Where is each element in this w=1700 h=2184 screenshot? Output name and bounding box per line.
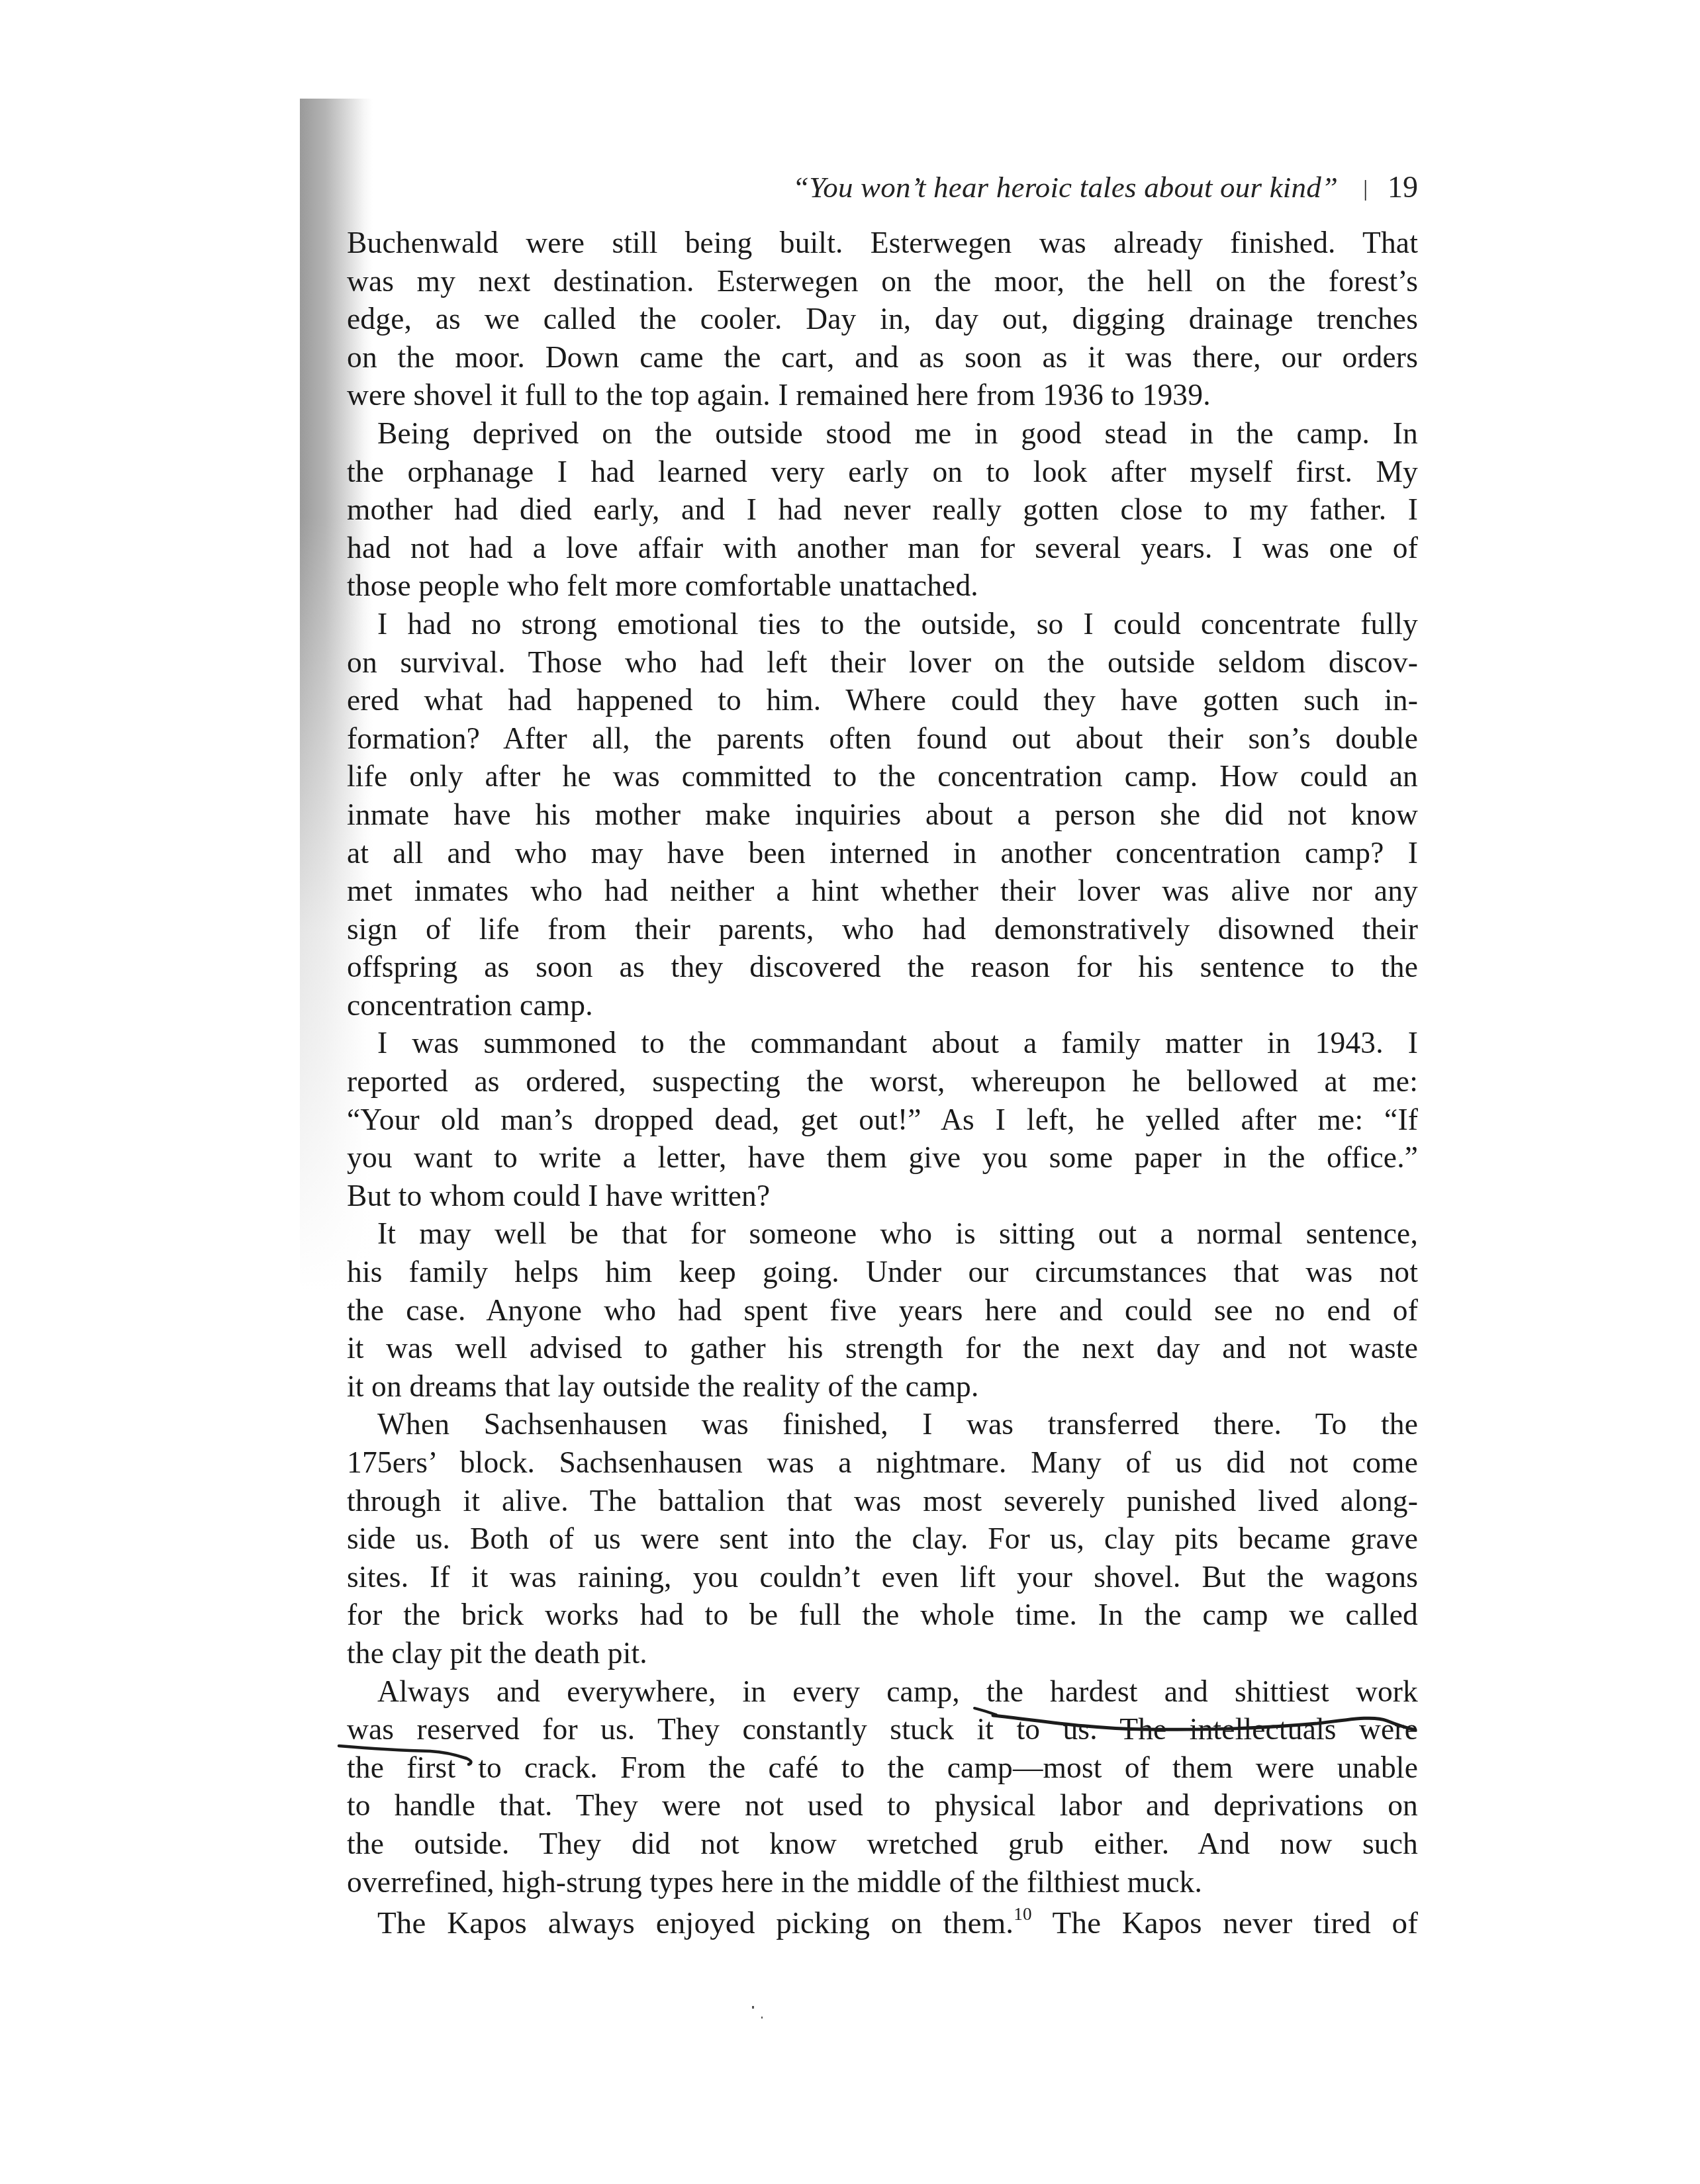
text-line: Being deprived on the outside stood me i… <box>347 414 1418 453</box>
paragraph-1: Buchenwald were still being built. Ester… <box>347 224 1418 414</box>
text-line: those people who felt more comfortable u… <box>347 567 1418 605</box>
text-line: Always and everywhere, in every camp, th… <box>347 1672 1418 1711</box>
scan-speck <box>752 2006 754 2009</box>
text-line: reported as ordered, suspecting the wors… <box>347 1062 1418 1101</box>
text-line: for the brick works had to be full the w… <box>347 1596 1418 1634</box>
text-line: offspring as soon as they discovered the… <box>347 948 1418 986</box>
paragraph-2: Being deprived on the outside stood me i… <box>347 414 1418 605</box>
text-line: Buchenwald were still being built. Ester… <box>347 224 1418 262</box>
paragraph-8: The Kapos always enjoyed picking on them… <box>347 1905 1418 1943</box>
text-line: It may well be that for someone who is s… <box>347 1214 1418 1253</box>
paragraph-6: When Sachsenhausen was finished, I was t… <box>347 1405 1418 1672</box>
text-line: the orphanage I had learned very early o… <box>347 453 1418 491</box>
paragraph-7: Always and everywhere, in every camp, th… <box>347 1672 1418 1901</box>
text-line: his family helps him keep going. Under o… <box>347 1253 1418 1291</box>
text-line: at all and who may have been interned in… <box>347 834 1418 872</box>
text-line: sign of life from their parents, who had… <box>347 910 1418 948</box>
text-line: the outside. They did not know wretched … <box>347 1825 1418 1863</box>
text-line: formation? After all, the parents often … <box>347 719 1418 758</box>
text-line: I was summoned to the commandant about a… <box>347 1024 1418 1062</box>
text-line: to handle that. They were not used to ph… <box>347 1786 1418 1825</box>
text-line: the clay pit the death pit. <box>347 1634 1418 1672</box>
text-line: life only after he was committed to the … <box>347 757 1418 796</box>
text-line: concentration camp. <box>347 986 1418 1024</box>
running-title: “You won’t hear heroic tales about our k… <box>792 170 1338 205</box>
text-line: were shovel it full to the top again. I … <box>347 376 1418 414</box>
text-line: overrefined, high-strung types here in t… <box>347 1863 1418 1901</box>
paragraph-5: It may well be that for someone who is s… <box>347 1214 1418 1405</box>
text-line: was my next destination. Esterwegen on t… <box>347 262 1418 300</box>
running-header: “You won’t hear heroic tales about our k… <box>792 169 1418 209</box>
text-line: the first to crack. From the café to the… <box>347 1749 1418 1787</box>
text-line: I had no strong emotional ties to the ou… <box>347 605 1418 643</box>
body-text: Buchenwald were still being built. Ester… <box>347 224 1418 1943</box>
text-line: on survival. Those who had left their lo… <box>347 643 1418 682</box>
text-line: mother had died early, and I had never r… <box>347 490 1418 529</box>
text-line: through it alive. The battalion that was… <box>347 1482 1418 1520</box>
text-line: side us. Both of us were sent into the c… <box>347 1520 1418 1558</box>
text-line: But to whom could I have written? <box>347 1177 1418 1215</box>
text-line: sites. If it was raining, you couldn’t e… <box>347 1558 1418 1596</box>
text-line: inmate have his mother make inquiries ab… <box>347 796 1418 834</box>
scan-speck <box>761 2017 763 2019</box>
text-segment: The Kapos never tired of <box>1032 1906 1418 1940</box>
text-line: was reserved for us. They constantly stu… <box>347 1710 1418 1749</box>
text-line: The Kapos always enjoyed picking on them… <box>347 1905 1418 1943</box>
page-number: 19 <box>1388 169 1418 205</box>
text-line: you want to write a letter, have them gi… <box>347 1138 1418 1177</box>
text-line: edge, as we called the cooler. Day in, d… <box>347 300 1418 338</box>
footnote-reference[interactable]: 10 <box>1014 1905 1032 1925</box>
paragraph-4: I was summoned to the commandant about a… <box>347 1024 1418 1214</box>
text-line: had not had a love affair with another m… <box>347 529 1418 567</box>
paragraph-3: I had no strong emotional ties to the ou… <box>347 605 1418 1024</box>
text-line: the case. Anyone who had spent five year… <box>347 1291 1418 1330</box>
text-line: “Your old man’s dropped dead, get out!” … <box>347 1101 1418 1139</box>
text-line: met inmates who had neither a hint wheth… <box>347 872 1418 910</box>
text-line: it was well advised to gather his streng… <box>347 1329 1418 1367</box>
text-line: ered what had happened to him. Where cou… <box>347 681 1418 719</box>
text-line: When Sachsenhausen was finished, I was t… <box>347 1405 1418 1443</box>
text-line: on the moor. Down came the cart, and as … <box>347 338 1418 377</box>
text-line: it on dreams that lay outside the realit… <box>347 1367 1418 1406</box>
text-segment: The Kapos always enjoyed picking on them… <box>377 1906 1014 1940</box>
text-line: 175ers’ block. Sachsenhausen was a night… <box>347 1443 1418 1482</box>
header-separator: | <box>1363 177 1368 202</box>
